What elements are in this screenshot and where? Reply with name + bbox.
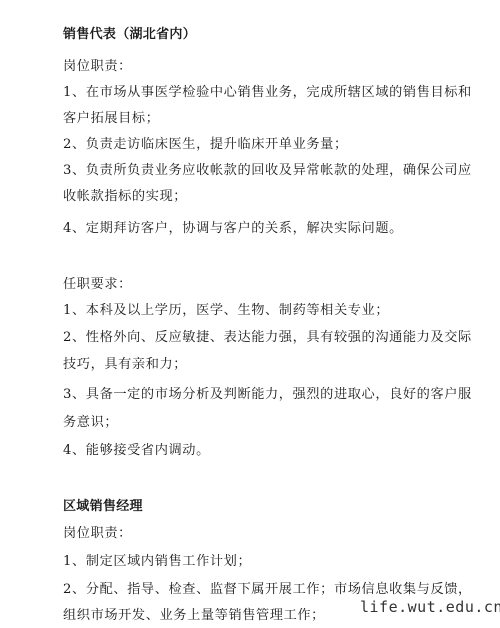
duty-line: 3、负责所负责业务应收帐款的回收及异常帐款的处理，确保公司应 bbox=[63, 163, 472, 179]
requirements-heading: 任职要求： bbox=[63, 277, 132, 293]
requirement-line: 4、能够接受省内调动。 bbox=[63, 443, 210, 459]
section-title-regional-manager: 区域销售经理 bbox=[63, 499, 143, 515]
duty-line: 1、在市场从事医学检验中心销售业务，完成所辖区域的销售目标和 bbox=[63, 85, 472, 101]
requirement-line: 2、性格外向、反应敏捷、表达能力强，具有较强的沟通能力及交际 bbox=[63, 330, 472, 346]
duty-line: 2、负责走访临床医生，提升临床开单业务量； bbox=[63, 137, 348, 153]
duty-line: 组织市场开发、业务上量等销售管理工作； bbox=[63, 608, 325, 624]
section-title-sales-rep: 销售代表（湖北省内） bbox=[63, 27, 196, 43]
duty-line: 2、分配、指导、检查、监督下属开展工作；市场信息收集与反馈， bbox=[63, 582, 472, 598]
requirement-line: 务意识； bbox=[63, 415, 118, 431]
duty-line: 客户拓展目标； bbox=[63, 111, 160, 127]
requirement-line: 技巧，具有亲和力； bbox=[63, 357, 187, 373]
duty-line: 1、制定区域内销售工作计划； bbox=[63, 554, 251, 570]
duties-heading: 岗位职责： bbox=[63, 526, 132, 542]
requirement-line: 1、本科及以上学历，医学、生物、制药等相关专业； bbox=[63, 303, 389, 319]
duty-line: 4、定期拜访客户，协调与客户的关系，解决实际问题。 bbox=[63, 221, 403, 237]
duties-heading: 岗位职责： bbox=[63, 59, 132, 75]
watermark: life.wut.edu.cn bbox=[360, 598, 500, 616]
duty-line: 收帐款指标的实现； bbox=[63, 189, 187, 205]
requirement-line: 3、具备一定的市场分析及判断能力，强烈的进取心，良好的客户服 bbox=[63, 387, 472, 403]
